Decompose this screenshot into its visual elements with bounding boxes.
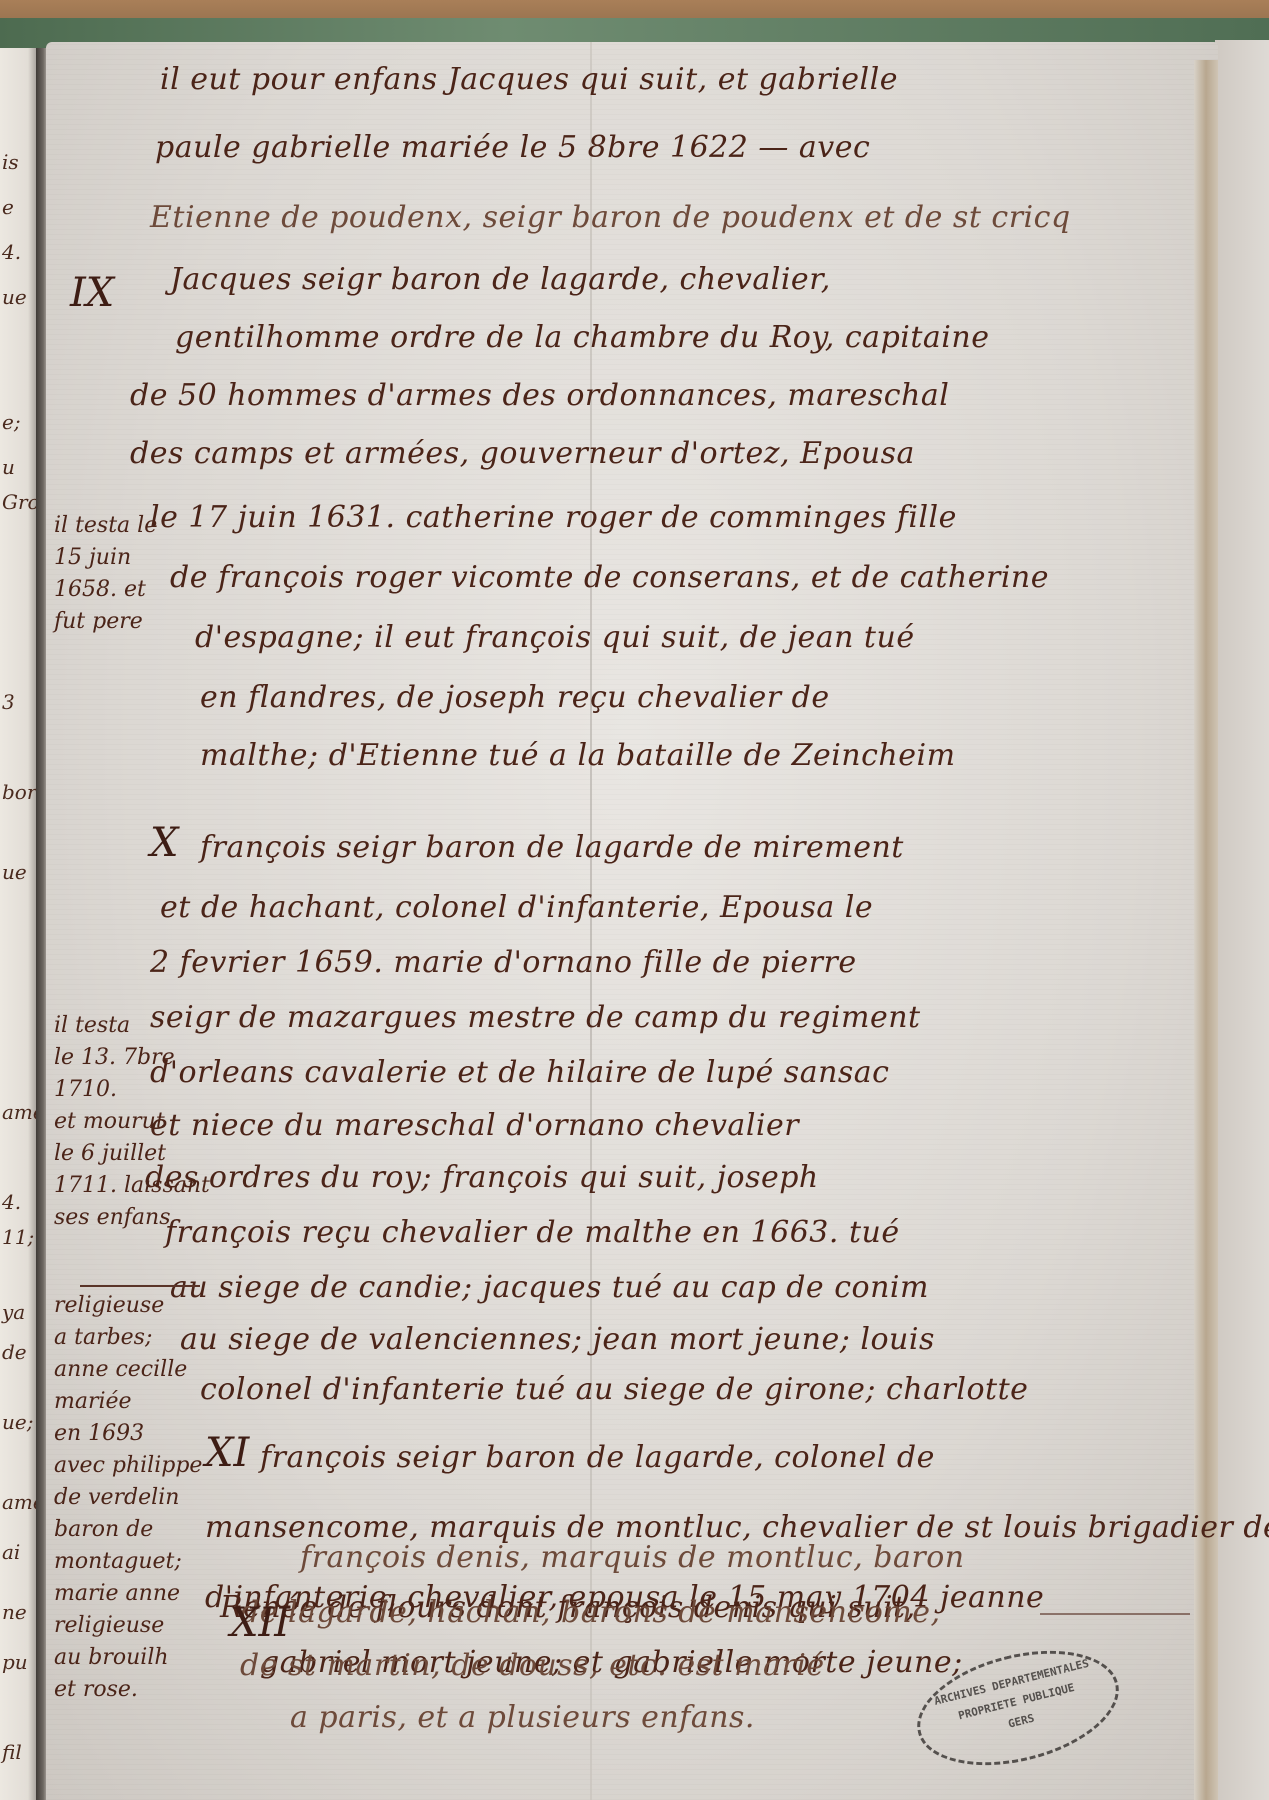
left-page-text: ue;: [2, 1410, 33, 1434]
margin-note-line: en 1693: [54, 1418, 202, 1450]
section-x-line: au siege de valenciennes; jean mort jeun…: [180, 1322, 935, 1357]
left-page-fragment: ise4.uee;uGro3bordueame4.11;yadeue;ameai…: [0, 48, 40, 1800]
margin-note: il testale 13. 7bre1710.et mourutle 6 ju…: [54, 1010, 210, 1234]
manuscript-line: gentilhomme ordre de la chambre du Roy, …: [175, 320, 989, 355]
left-page-text: ya: [2, 1300, 25, 1324]
section-xi-line: françois seigr baron de lagarde, colonel…: [260, 1440, 935, 1475]
left-page-text: pu: [2, 1650, 28, 1674]
margin-note-line: marie anne: [54, 1578, 202, 1610]
left-page-text: ue: [2, 285, 27, 309]
section-x-line: au siege de candie; jacques tué au cap d…: [170, 1270, 929, 1305]
margin-note-line: il testa le: [54, 510, 157, 542]
generation-numeral-xii: XII: [230, 1600, 290, 1646]
left-page-text: 11;: [2, 1225, 34, 1249]
margin-note-line: mariée: [54, 1386, 202, 1418]
section-x-line: et niece du mareschal d'ornano chevalier: [150, 1108, 799, 1143]
left-page-text: ame: [2, 1100, 40, 1124]
margin-note-line: religieuse: [54, 1610, 202, 1642]
section-x-line: françois seigr baron de lagarde de mirem…: [200, 830, 904, 865]
left-page-text: u: [2, 455, 15, 479]
left-page-text: 4.: [2, 240, 21, 264]
margin-note-line: anne cecille: [54, 1354, 202, 1386]
margin-note-line: religieuse: [54, 1290, 202, 1322]
section-xii-line: de st martin, de douss, etc. est marié: [240, 1648, 825, 1683]
left-page-text: bord: [2, 780, 40, 804]
left-page-text: ame: [2, 1490, 40, 1514]
margin-note-line: de verdelin: [54, 1482, 202, 1514]
section-x-line: seigr de mazargues mestre de camp du reg…: [150, 1000, 921, 1035]
margin-note-line: et mourut: [54, 1106, 210, 1138]
margin-note: il testa le15 juin1658. etfut pere: [54, 510, 157, 638]
margin-note-line: au brouilh: [54, 1642, 202, 1674]
margin-note-line: a tarbes;: [54, 1322, 202, 1354]
margin-note-line: montaguet;: [54, 1546, 202, 1578]
manuscript-line: il eut pour enfans Jacques qui suit, et …: [160, 62, 898, 97]
margin-note-line: fut pere: [54, 606, 157, 638]
manuscript-line: paule gabrielle mariée le 5 8bre 1622 — …: [155, 130, 870, 165]
left-page-text: e;: [2, 410, 21, 434]
manuscript-line: malthe; d'Etienne tué a la bataille de Z…: [200, 738, 956, 773]
margin-note-line: 1710.: [54, 1074, 210, 1106]
generation-numeral-x: X: [150, 820, 178, 866]
manuscript-line: Etienne de poudenx, seigr baron de poude…: [150, 200, 1071, 235]
margin-note-line: ses enfans: [54, 1202, 210, 1234]
closing-rule: [1040, 1613, 1190, 1615]
left-page-text: is: [2, 150, 19, 174]
manuscript-line: des camps et armées, gouverneur d'ortez,…: [130, 436, 915, 471]
margin-note-line: le 13. 7bre: [54, 1042, 210, 1074]
section-x-line: et de hachant, colonel d'infanterie, Epo…: [160, 890, 873, 925]
manuscript-line: Jacques seigr baron de lagarde, chevalie…: [170, 262, 831, 297]
margin-note-line: 15 juin: [54, 542, 157, 574]
generation-numeral-xi: XI: [205, 1430, 249, 1476]
margin-note-line: avec philippe: [54, 1450, 202, 1482]
manuscript-line: de 50 hommes d'armes des ordonnances, ma…: [130, 378, 949, 413]
margin-note-line: et rose.: [54, 1674, 202, 1706]
manuscript-line: d'espagne; il eut françois qui suit, de …: [195, 620, 915, 655]
section-xii-line: de lagarde, hachan, barons de mansencome…: [240, 1595, 941, 1630]
manuscript-line: de françois roger vicomte de conserans, …: [170, 560, 1049, 595]
left-page-text: e: [2, 195, 14, 219]
margin-note-line: baron de: [54, 1514, 202, 1546]
left-page-text: ue: [2, 860, 27, 884]
left-page-text: Gro: [2, 490, 40, 514]
left-page-text: 3: [2, 690, 15, 714]
margin-note-line: 1711. laissant: [54, 1170, 210, 1202]
generation-numeral-ix: IX: [70, 270, 114, 316]
left-page-text: fil: [2, 1740, 22, 1764]
left-page-text: de: [2, 1340, 27, 1364]
margin-note-line: le 6 juillet: [54, 1138, 210, 1170]
section-x-line: françois reçu chevalier de malthe en 166…: [165, 1215, 900, 1250]
section-x-line: des ordres du roy; françois qui suit, jo…: [145, 1160, 819, 1195]
margin-note-line: il testa: [54, 1010, 210, 1042]
section-x-line: 2 fevrier 1659. marie d'ornano fille de …: [150, 945, 857, 980]
left-page-text: ai: [2, 1540, 20, 1564]
margin-rule: [80, 1285, 200, 1287]
section-xii-line: françois denis, marquis de montluc, baro…: [300, 1540, 965, 1575]
section-xii-line: a paris, et a plusieurs enfans.: [290, 1700, 755, 1735]
margin-note-line: 1658. et: [54, 574, 157, 606]
section-x-line: colonel d'infanterie tué au siege de gir…: [200, 1372, 1028, 1407]
margin-note: religieusea tarbes;anne cecillemariéeen …: [54, 1290, 202, 1706]
manuscript-line: en flandres, de joseph reçu chevalier de: [200, 680, 830, 715]
section-x-line: d'orleans cavalerie et de hilaire de lup…: [150, 1055, 890, 1090]
left-page-text: ne: [2, 1600, 27, 1624]
left-page-text: 4.: [2, 1190, 21, 1214]
manuscript-line: le 17 juin 1631. catherine roger de comm…: [150, 500, 957, 535]
